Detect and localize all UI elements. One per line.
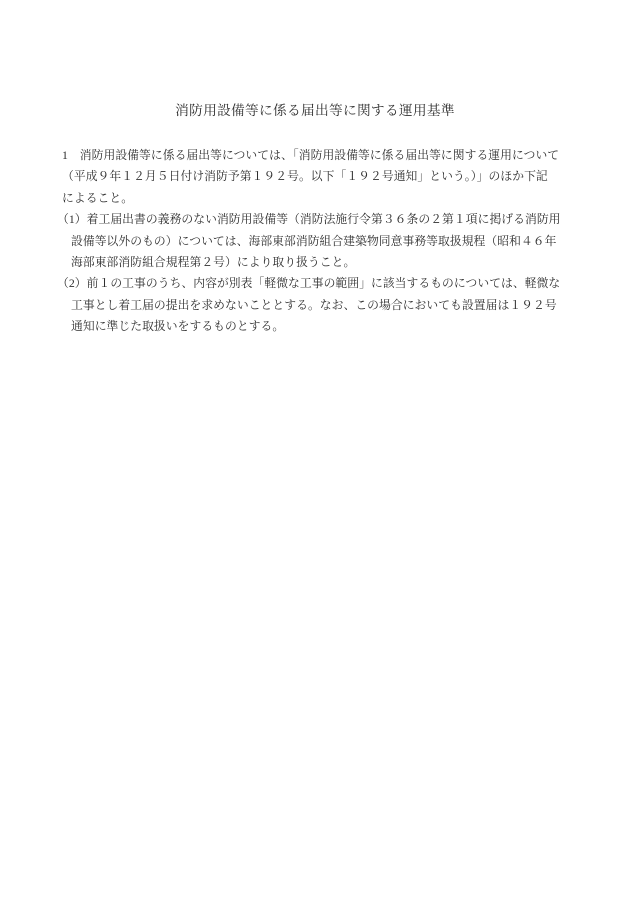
text-line: （1）着工届出書の義務のない消防用設備等（消防法施行令第３６条の２第１項に掲げる…: [57, 209, 572, 230]
text-line: （2）前１の工事のうち、内容が別表「軽微な工事の範囲」に該当するものについては、…: [57, 273, 572, 294]
document-page: 消防用設備等に係る届出等に関する運用基準 1 消防用設備等に係る届出等については…: [0, 0, 630, 915]
paragraph-item-1-2: （2）前１の工事のうち、内容が別表「軽微な工事の範囲」に該当するものについては、…: [57, 273, 572, 337]
paragraph-item-1-1: （1）着工届出書の義務のない消防用設備等（消防法施行令第３６条の２第１項に掲げる…: [57, 209, 572, 273]
text-line: 設備等以外のもの）については、海部東部消防組合建築物同意事務等取扱規程（昭和４６…: [57, 231, 572, 252]
text-line: 通知に準じた取扱いをするものとする。: [57, 316, 572, 337]
text-line: 海部東部消防組合規程第２号）により取り扱うこと。: [57, 252, 572, 273]
document-body: 1 消防用設備等に係る届出等については、「消防用設備等に係る届出等に関する運用に…: [57, 145, 572, 338]
text-line: 1 消防用設備等に係る届出等については、「消防用設備等に係る届出等に関する運用に…: [57, 145, 572, 166]
document-title: 消防用設備等に係る届出等に関する運用基準: [0, 99, 630, 119]
text-line: によること。: [57, 188, 572, 209]
paragraph-item-1: 1 消防用設備等に係る届出等については、「消防用設備等に係る届出等に関する運用に…: [57, 145, 572, 209]
text-line: （平成９年１２月５日付け消防予第１９２号。以下「１９２号通知」という。）」のほか…: [57, 166, 572, 187]
text-line: 工事とし着工届の提出を求めないこととする。なお、この場合においても設置届は１９２…: [57, 295, 572, 316]
